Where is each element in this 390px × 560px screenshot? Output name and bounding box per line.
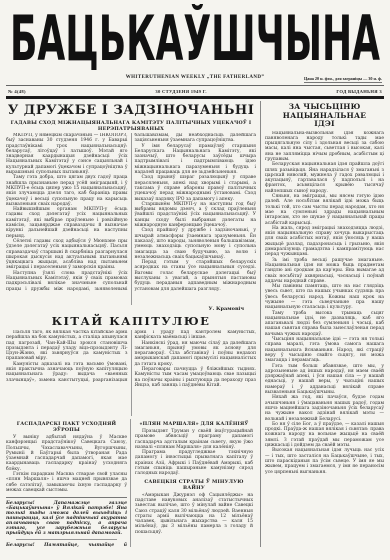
paragraph: Гэта тым больш абавязвае, што мы, у адро… [265,364,384,396]
bottom-sections: ГАСПАДАРСКІ ПАКТ УСХОДНЯЙ ЭЎРОПЫ У вынік… [6,419,256,547]
paragraph: У імя беларусаў прамаўляў старшыня Белар… [135,144,257,176]
masthead: БАЦЬКАЎШЧЫНА [6,4,384,74]
paragraph: Нанкінскі ўрад, ня маючы сілаў да далейш… [135,341,257,367]
paragraph: Мы павінны памятаць, што на нас глядзіць… [265,284,384,310]
paragraph: У выніку адбытай нядаўна ў Маскве канфэр… [6,435,127,472]
paragraph: МКПУП, у нямецкім скарачэньні — ІНКОПОРЗ… [6,133,128,175]
issue-number: № 4(48) [8,89,26,94]
purity-article-body: Нацыянальна-вызвольная ідэя кожнага паня… [265,131,384,548]
paragraph: Прэзыдэнт Труман у сваёй інаўгурацыйнай … [135,429,253,450]
paragraph: Праграма прадугледжвае тэхнічную дапамог… [135,450,253,476]
lead-byline: У. Крамовіч [6,305,256,313]
soviet-losses-headline: САВЕЦКІЯ СТРАТЫ Ў МІНУЛУЮ ВАЙНУ [135,479,253,491]
notice-second: Беларусы! Памятайце, чытайце й пашырайце… [6,543,127,547]
masthead-logo: БАЦЬКАЎШЧЫНА [6,4,384,70]
right-column: ЗА ЧЫСЬЦІНЮ НАЦЫЯНАЛЬНАЕ ІДЭІ Нацыянальн… [260,101,384,547]
east-pact-headline: ГАСПАДАРСКІ ПАКТ УСХОДНЯЙ ЭЎРОПЫ [6,421,127,433]
paragraph: Таму гэта добра, што цягам двух гадоў пр… [6,175,128,207]
paragraph: На жаль, сярод эміграцыі знаходзяцца люд… [265,226,384,258]
paragraph: Таму трэба высока трымаць сьцяг нацыянал… [265,311,384,337]
bottom-middle-column: «ПЛЯН МАРШАЛЯ» ДЛЯ КАЛЁНІЯЎ Прэзыдэнт Тр… [131,419,253,547]
paragraph: Найвышэйшым органам МКПУП-у ёсьць гадавы… [6,207,128,239]
paragraph: Нацыянальна-вызвольная ідэя кожнага паня… [265,131,384,163]
bottom-left-column: ГАСПАДАРСКІ ПАКТ УСХОДНЯЙ ЭЎРОПЫ У вынік… [6,419,131,547]
paragraph: Гэткім парадкам Масква стварае свой улас… [6,472,127,493]
paragraph: Сход прайшоў у дружбе і задзіночаньні, у… [135,228,257,260]
issue-row: № 4(48) 30 СТУДЗЕНЯ 1949 Г. ГОД ВЫДАНЬНЯ… [6,86,384,96]
issue-date: 30 СТУДЗЕНЯ 1949 Г. [155,89,206,94]
paragraph: Старшынём МКПУП-у на наступны год быў вы… [135,202,257,228]
paragraph: Сёлетні гадавы сход адбыўся ў Мюнхэне пр… [6,239,128,271]
notices-block: Беларусы! Дапамажэце газэце «Бацькаўшчын… [6,497,127,547]
notice-first: Беларусы! Дапамажэце газэце «Бацькаўшчын… [6,501,127,536]
east-pact-body: У выніку адбытай нядаўна ў Маскве канфэр… [6,435,127,493]
lead-headline: У ДРУЖБЕ І ЗАДЗІНОЧАНЬНІ [6,103,256,118]
paragraph: Сход прыняў шэраг рэзалюцыяў у справе пе… [135,175,257,201]
purity-headline-line1: ЗА ЧЫСЬЦІНЮ НАЦЫЯНАЛЬНАЕ [265,103,384,120]
china-article-body: Пасьля таго, як вялікая частка кітайскае… [6,330,256,416]
purity-headline-line2: ІДЭІ [265,120,384,129]
china-headline: КІТАЙ КАПІТУЛЮЕ [6,313,256,330]
paragraph: Высокая нацыянальная ідэя лучыць нас усі… [265,448,384,474]
paragraph: Зь імі трэба весьці рашучае змаганьне. Н… [265,258,384,284]
marshall-body: Прэзыдэнт Труман у сваёй інаўгурацыйнай … [135,429,253,477]
soviet-losses-body: «Амэрыкан Джурнэл оф Сацыялёджы» на падс… [135,493,253,535]
price-line: Цана 20 н. фэн., для заграніцы — 30 н. ф… [304,76,382,83]
lead-article-body: МКПУП, у нямецкім скарачэньні — ІНКОПОРЗ… [6,133,256,305]
paragraph: Няхай жа год, які пачаўся, будзе годам а… [265,395,384,421]
newspaper-page: БАЦЬКАЎШЧЫНА WHITERUTHENIAN WEEKLY „THE … [0,0,390,560]
paragraph: Чысьціня нацыянальнае ідэі — гэта ня тол… [265,337,384,363]
lead-subhead: ГАДАВЫ СХОД МІЖНАЦЫЯНАЛЬНАГА КАМІТЭТУ ПА… [6,120,256,132]
header-rule-thick [6,96,384,99]
notice-divider [16,539,117,540]
paragraph: Пераговары пачнуцца ў бліжэйшых тыднях. … [135,367,257,388]
paragraph: Беларуская нацыянальная ідэя прайшла доў… [265,162,384,194]
subtitle-row: WHITERUTHENIAN WEEKLY „THE FATHERLAND” Ц… [6,75,384,84]
purity-article-header: ЗА ЧЫСЬЦІНЮ НАЦЫЯНАЛЬНАЕ ІДЭІ [265,101,384,131]
paragraph: Бо ня ў сіле Бог, а ў праўдзе, — казалі … [265,422,384,448]
main-content: У ДРУЖБЕ І ЗАДЗІНОЧАНЬНІ ГАДАВЫ СХОД МІЖ… [6,101,384,547]
masthead-title: БАЦЬКАЎШЧЫНА [10,4,380,70]
marshall-headline: «ПЛЯН МАРШАЛЯ» ДЛЯ КАЛЁНІЯЎ [135,421,253,427]
lead-article-header: У ДРУЖБЕ І ЗАДЗІНОЧАНЬНІ ГАДАВЫ СХОД МІЖ… [6,101,256,133]
paragraph: Сяньня, на эміграцыі, мы нясем гэтую ідэ… [265,194,384,226]
paragraph: Пасьля таго, як вялікая частка кітайскае… [6,330,128,362]
paragraph: «Амэрыкан Джурнэл оф Сацыялёджы» на падс… [135,493,253,535]
paragraph: Перад гэтым у старэйшых беларускіх асяро… [135,260,257,292]
edition-year: ГОД ВЫДАНЬНЯ 3 [336,89,382,94]
left-section: У ДРУЖБЕ І ЗАДЗІНОЧАНЬНІ ГАДАВЫ СХОД МІЖ… [6,101,260,547]
